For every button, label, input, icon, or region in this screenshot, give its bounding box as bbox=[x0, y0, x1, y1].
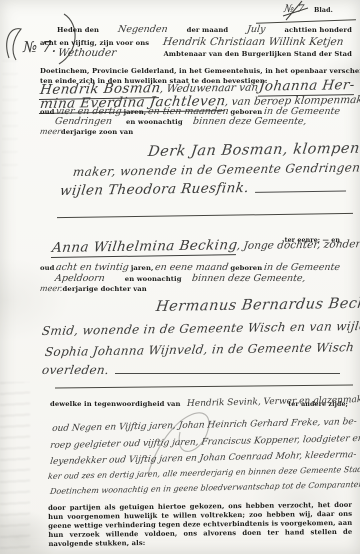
ink-bleed-left-upper bbox=[2, 60, 18, 180]
groom-residence-line: Gendringen en woonachtig binnen deze Gem… bbox=[55, 116, 306, 127]
bride-father-name: Hermanus Bernardus Becking bbox=[155, 295, 360, 315]
ink-bleed-left bbox=[0, 382, 30, 550]
intro-line-1: Heden den Negenden der maand July achtti… bbox=[57, 24, 352, 35]
bride-birthplace: Apeldoorn bbox=[54, 273, 105, 284]
pen-flourish-icon bbox=[130, 392, 240, 477]
bride-mother-name: Sophia Johanna Wijnveld, in de Gemeente … bbox=[44, 340, 355, 359]
bride-residence: binnen deze Gemeente, bbox=[191, 273, 306, 284]
document-page: № 7. № 7 Blad. Heden den Negenden der ma… bbox=[0, 0, 360, 554]
section-divider bbox=[57, 213, 353, 218]
bride-name-line: Anna Wilhelmina Becking, Jonge dochter, … bbox=[52, 231, 360, 258]
groom-birthplace: Gendringen bbox=[54, 116, 112, 127]
printed-text: en woonachtig bbox=[125, 275, 182, 283]
printed-text: en woonachtig bbox=[126, 118, 183, 126]
printed-text: geboren bbox=[230, 108, 262, 116]
printed-text: oud bbox=[40, 264, 55, 272]
bride-majority-line: meer. derjarige dochter van bbox=[40, 284, 147, 293]
printed-text: der maand bbox=[187, 26, 229, 34]
handwritten-text: maker, wonende in de Gemeente Gendringen… bbox=[72, 160, 360, 179]
printed-text: acht en vijftig, zijn voor ons bbox=[40, 39, 149, 47]
handwritten-text: in de Gemeente bbox=[263, 262, 340, 273]
bride-status: , Jonge dochter, zonder beroep, bbox=[237, 237, 360, 252]
closing-paragraph: door partijen als getuigen hiertoe gekoz… bbox=[48, 501, 352, 549]
bride-parents-deceased-line: overleden. bbox=[42, 363, 342, 377]
printed-text: oud bbox=[40, 108, 55, 116]
groom-father-line-2: maker, wonende in de Gemeente Gendringen… bbox=[73, 156, 360, 180]
printed-text: Ambtenaar van den Burgerlijken Stand der… bbox=[163, 50, 352, 58]
blank-fill-line bbox=[115, 373, 340, 374]
bride-age: acht en twintig bbox=[56, 262, 130, 273]
printed-text: derjarige dochter van bbox=[63, 285, 147, 293]
groom-residence: binnen deze Gemeente, bbox=[192, 116, 307, 127]
bride-age-line: oud acht en twintig jaren, en eene maand… bbox=[40, 262, 340, 273]
handwritten-text: Doetinchem woonachtig en in geene bloedv… bbox=[50, 479, 360, 496]
bride-father-line-1: Hermanus Bernardus Becking bbox=[156, 292, 360, 315]
blad-label: Blad. bbox=[314, 7, 333, 14]
section-divider bbox=[55, 384, 353, 388]
bride-residence-line: Apeldoorn en woonachtig binnen deze Geme… bbox=[55, 273, 305, 284]
printed-text: jaren, bbox=[124, 108, 147, 116]
blank-fill-line bbox=[255, 191, 346, 193]
handwritten-day: Negenden bbox=[117, 24, 168, 35]
handwritten-text: meer. bbox=[39, 284, 63, 293]
handwritten-text: overleden. bbox=[41, 363, 110, 377]
groom-mother-name: wijlen Theodora Ruesfink. bbox=[59, 180, 250, 199]
printed-text: jaren, bbox=[131, 264, 154, 272]
handwritten-month: July bbox=[246, 24, 266, 35]
bride-mother-line: Sophia Johanna Wijnveld, in de Gemeente … bbox=[45, 336, 354, 360]
bride-age-months: en eene maand bbox=[154, 262, 229, 273]
pen-stroke-icon bbox=[282, 0, 312, 22]
bride-father-line-2: Smid, wonende in de Gemeente Wisch en va… bbox=[42, 315, 360, 339]
handwritten-text: meer bbox=[39, 127, 61, 136]
groom-majority-line: meer derjarige zoon van bbox=[40, 127, 133, 136]
groom-mother-line: wijlen Theodora Ruesfink. bbox=[60, 178, 348, 199]
printed-text: Heden den bbox=[57, 26, 99, 34]
bride-name: Anna Wilhelmina Becking bbox=[51, 237, 239, 258]
printed-text: geboren bbox=[230, 264, 262, 272]
handwritten-text: Smid, wonende in de Gemeente Wisch en va… bbox=[41, 319, 360, 338]
printed-text: derjarige zoon van bbox=[61, 128, 133, 136]
printed-text: achttien honderd bbox=[285, 26, 352, 34]
